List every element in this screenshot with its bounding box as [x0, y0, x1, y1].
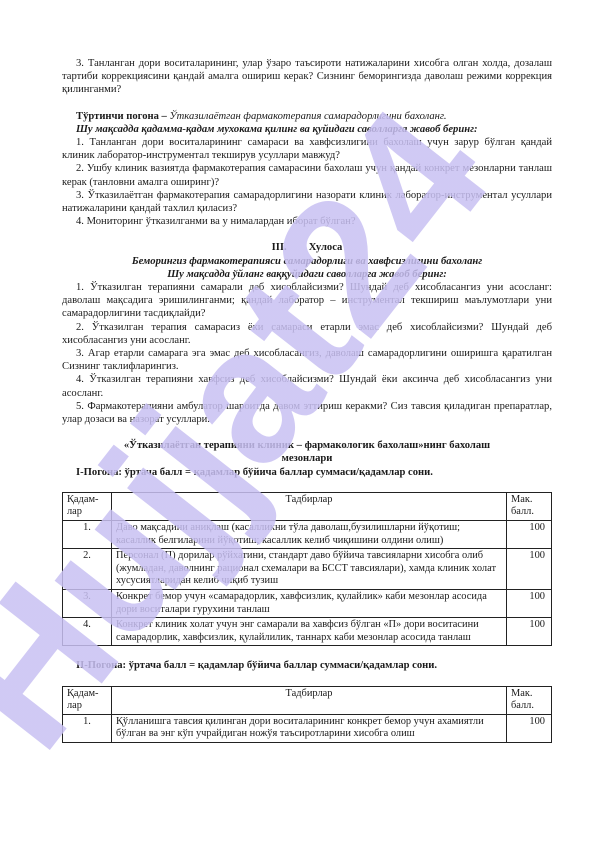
document-body: 3. Танланган дори воситаларининг, улар ў…: [62, 57, 552, 743]
max-score: 100: [507, 590, 552, 618]
stage4-question: 2. Ушбу клиник вазиятда фармакотерапия с…: [62, 162, 552, 188]
stage2-heading: II-Погона: ўртача балл = қадамлар бўйича…: [62, 659, 552, 672]
conclusion-number: III.: [272, 241, 287, 254]
intro-question-3: 3. Танланган дори воситаларининг, улар ў…: [62, 57, 552, 97]
conclusion-question: 5. Фармакотерапияни амбулатор шароитда д…: [62, 400, 552, 426]
table-header-row: Қадам-лар Тадбирлар Мак. балл.: [63, 492, 552, 520]
stage4-instruction: Шу мақсадда қадамма-қадам мухокама қилин…: [62, 123, 552, 136]
table-row: 2. Персонал (П) дорилар рўйхатини, станд…: [63, 549, 552, 590]
criteria-title-line2: мезонлари: [282, 453, 333, 464]
column-header-max-score: Мак. балл.: [507, 686, 552, 714]
step-number: 2.: [63, 549, 112, 590]
conclusion-subtitle: Беморингиз фармакотерапияси самарадорлиг…: [62, 255, 552, 268]
max-score: 100: [507, 521, 552, 549]
stage1-heading: I-Погона: ўртача балл = қадамлар бўйича …: [62, 466, 552, 479]
table-header-row: Қадам-лар Тадбирлар Мак. балл.: [63, 686, 552, 714]
column-header-activities: Тадбирлар: [112, 686, 507, 714]
conclusion-instruction: Шу мақсадда ўйланг ваққуйидаги саволларг…: [62, 268, 552, 281]
document-page: 3. Танланган дори воситаларининг, улар ў…: [0, 0, 596, 842]
column-header-steps: Қадам-лар: [63, 492, 112, 520]
column-header-max-score: Мак. балл.: [507, 492, 552, 520]
step-number: 1.: [63, 521, 112, 549]
conclusion-question: 4. Ўтказилган терапияни хавфсиз деб хисо…: [62, 373, 552, 399]
conclusion-question: 3. Агар етарли самарага эга эмас деб хис…: [62, 347, 552, 373]
step-number: 4.: [63, 618, 112, 646]
max-score: 100: [507, 714, 552, 742]
activity-text: Даво мақсадини аниқлаш (касалликни тўла …: [112, 521, 507, 549]
activity-text: Персонал (П) дорилар рўйхатини, стандарт…: [112, 549, 507, 590]
column-header-activities: Тадбирлар: [112, 492, 507, 520]
stage4-question: 3. Ўтказилаётган фармакотерапия самарадо…: [62, 189, 552, 215]
table-row: 1. Даво мақсадини аниқлаш (касалликни тў…: [63, 521, 552, 549]
stage4-heading: Тўртинчи погона – Ўтказилаётган фармакот…: [62, 110, 552, 123]
column-header-steps: Қадам-лар: [63, 686, 112, 714]
stage4-label: Тўртинчи погона –: [76, 111, 167, 122]
conclusion-title: Хулоса: [309, 242, 343, 253]
stage4-title: Ўтказилаётган фармакотерапия самарадорли…: [170, 111, 447, 122]
table-row: 1. Қўлланишга тавсия қилинган дори восит…: [63, 714, 552, 742]
max-score: 100: [507, 618, 552, 646]
activity-text: Конкрет бемор учун «самарадорлик, хавфси…: [112, 590, 507, 618]
table-row: 3. Конкрет бемор учун «самарадорлик, хав…: [63, 590, 552, 618]
stage4-question: 1. Танланган дори воситаларининг самарас…: [62, 136, 552, 162]
conclusion-question: 1. Ўтказилган терапияни самарали деб хис…: [62, 281, 552, 321]
step-number: 3.: [63, 590, 112, 618]
activity-text: Конкрет клиник холат учун энг самарали в…: [112, 618, 507, 646]
table-row: 4. Конкрет клиник холат учун энг самарал…: [63, 618, 552, 646]
criteria-title-line1: «Ўтказилаётган терапияни клиник – фармак…: [124, 440, 490, 451]
stage1-table: Қадам-лар Тадбирлар Мак. балл. 1. Даво м…: [62, 492, 552, 647]
stage4-question: 4. Мониторинг ўтказилганми ва у нималард…: [62, 215, 552, 228]
activity-text: Қўлланишга тавсия қилинган дори воситала…: [112, 714, 507, 742]
conclusion-question: 2. Ўтказилган терапия самарасиз ёки сама…: [62, 321, 552, 347]
stage2-table: Қадам-лар Тадбирлар Мак. балл. 1. Қўллан…: [62, 686, 552, 743]
max-score: 100: [507, 549, 552, 590]
criteria-title: «Ўтказилаётган терапияни клиник – фармак…: [62, 439, 552, 465]
conclusion-heading: III.Хулоса: [62, 241, 552, 254]
step-number: 1.: [63, 714, 112, 742]
